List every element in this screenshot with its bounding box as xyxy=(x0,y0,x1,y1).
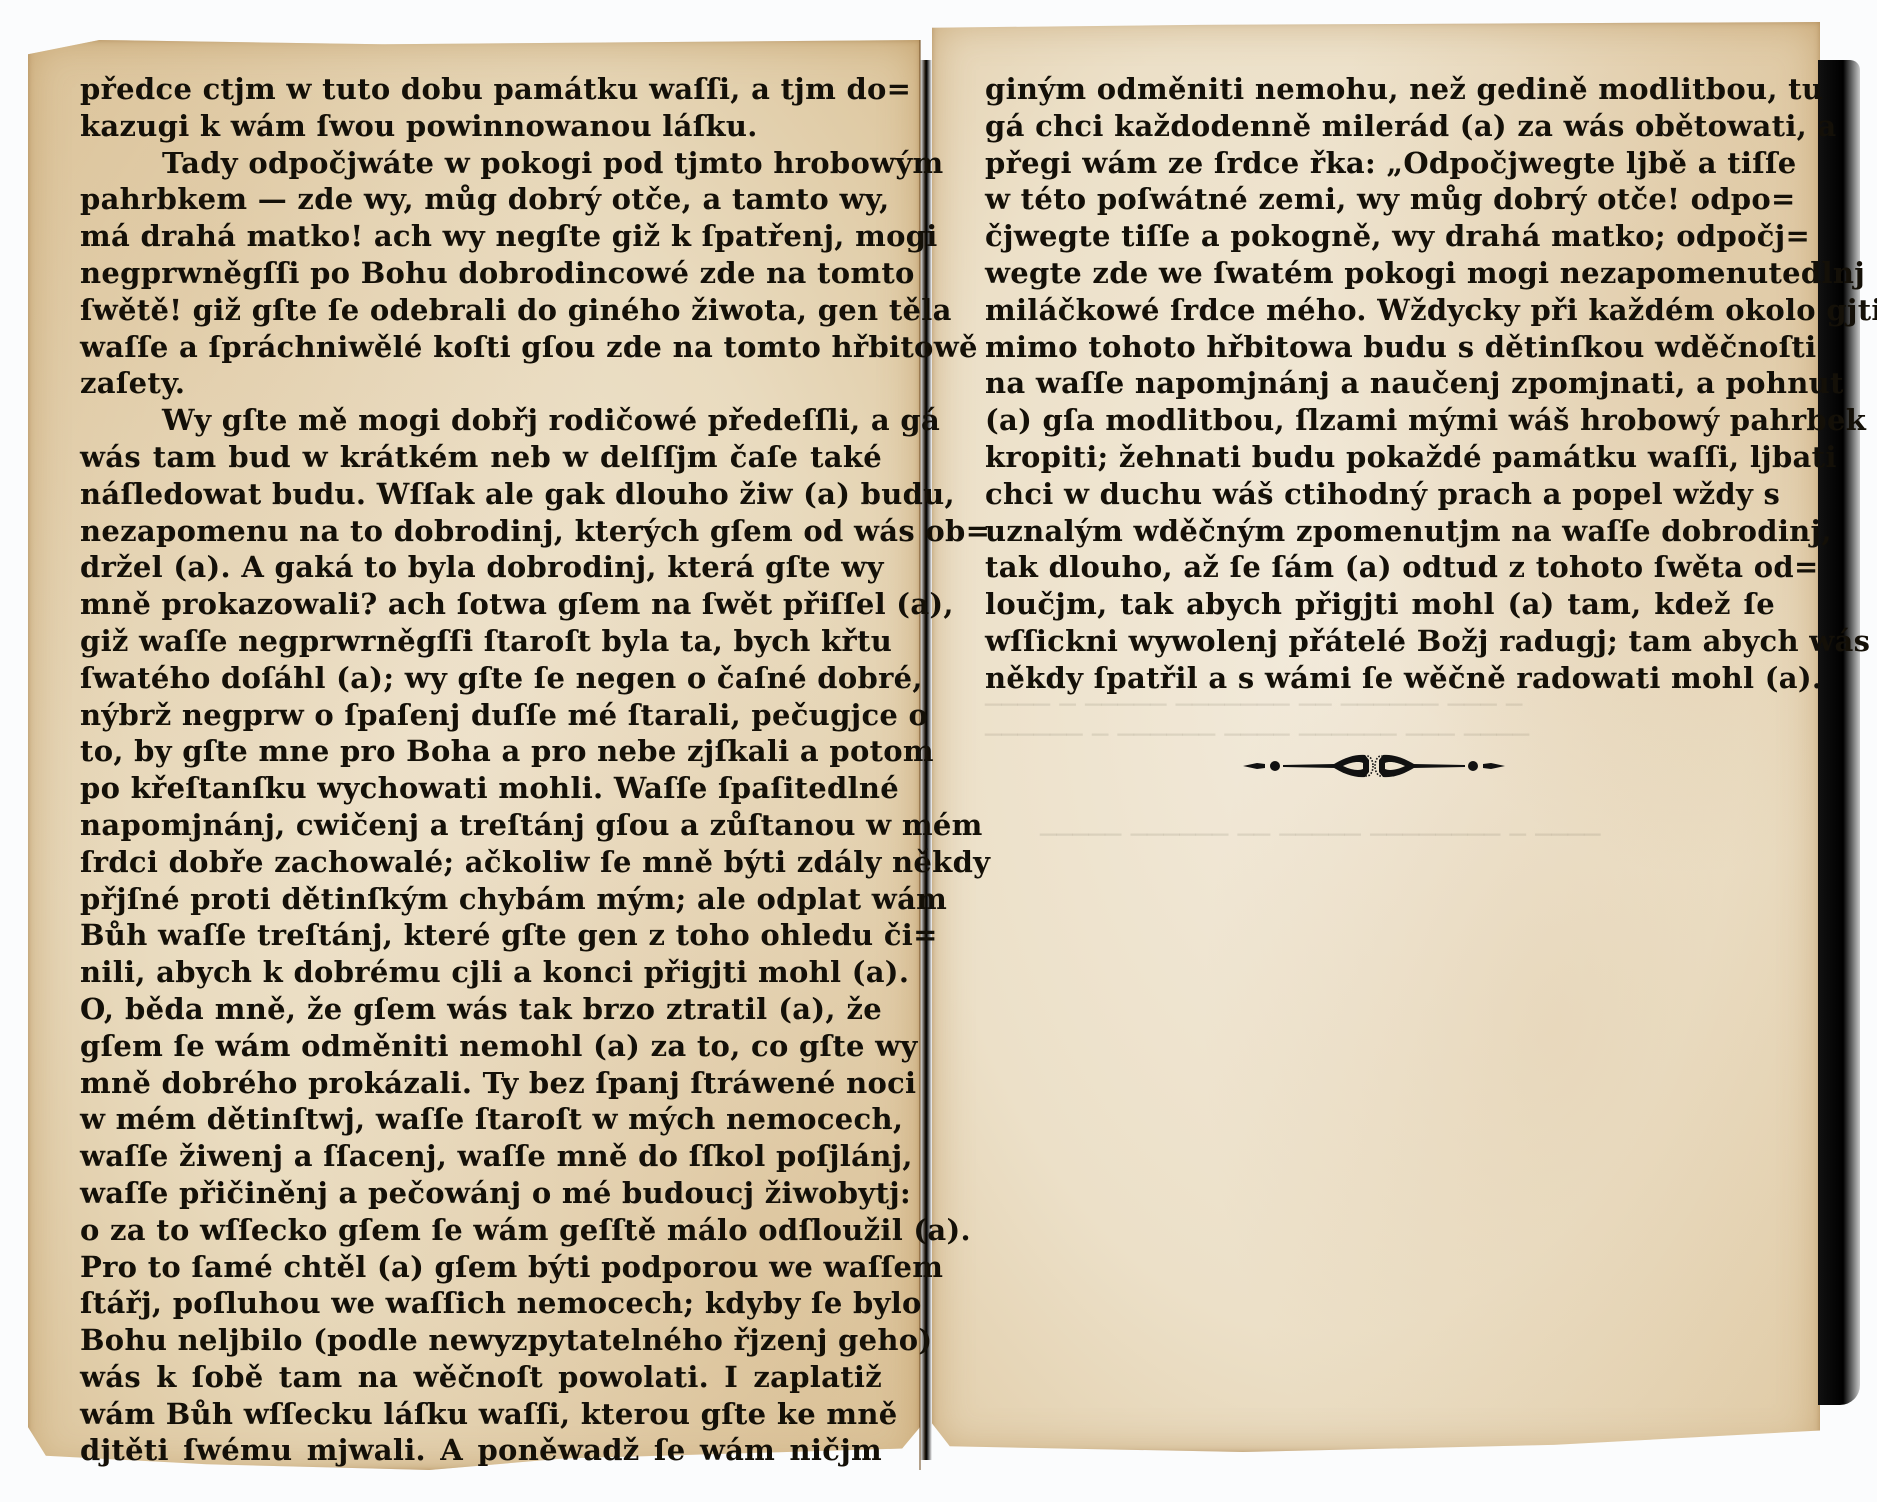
text-line: na waſſe napomjnánj a naučenj zpomjnati,… xyxy=(985,365,1775,402)
text-line: tak dlouho, až ſe ſám (a) odtud z tohoto… xyxy=(985,549,1775,586)
text-line: to, by gſte mne pro Boha a pro nebe zjſk… xyxy=(80,733,882,770)
text-line: mimo tohoto hřbitowa budu s dětinſkou wd… xyxy=(985,329,1775,366)
text-line: ſwatého doſáhl (a); wy gſte ſe negen o č… xyxy=(80,660,882,697)
text-line: gá chci každodenně milerád (a) za wás ob… xyxy=(985,108,1775,145)
text-line: wás k ſobě tam na wěčnoſt powolati. I za… xyxy=(80,1359,882,1396)
text-line: djtěti ſwému mjwali. A poněwadž ſe wám n… xyxy=(80,1432,882,1469)
text-line: ſtářj, poſluhou we waſſich nemocech; kdy… xyxy=(80,1285,882,1322)
text-line: mně prokazowali? ach ſotwa gſem na ſwět … xyxy=(80,586,882,623)
text-line: loučjm, tak abych přigjti mohl (a) tam, … xyxy=(985,586,1775,623)
text-line: O, běda mně, že gſem wás tak brzo ztrati… xyxy=(80,991,882,1028)
scanned-book-spread: ─ ─── ────── ── ─────── ───── ─ ──── ───… xyxy=(0,0,1877,1502)
text-line: wegte zde we ſwatém pokogi mogi nezapome… xyxy=(985,255,1775,292)
text-line: chci w duchu wáš ctihodný prach a popel … xyxy=(985,476,1775,513)
text-line: přjſné proti dětinſkým chybám mým; ale o… xyxy=(80,881,882,918)
text-line: kropiti; žehnati budu pokaždé památku wa… xyxy=(985,439,1775,476)
text-line: předce ctjm w tuto dobu památku waſſi, a… xyxy=(80,71,882,108)
text-line: přegi wám ze ſrdce řka: „Odpočjwegte ljb… xyxy=(985,145,1775,182)
text-line: waſſe přičiněnj a pečowánj o mé budoucj … xyxy=(80,1175,882,1212)
text-line: mně dobrého prokázali. Ty bez ſpanj ſtrá… xyxy=(80,1065,882,1102)
text-line: čjwegte tiſſe a pokogně, wy drahá matko;… xyxy=(985,218,1775,255)
text-line: Bůh waſſe treſtánj, které gſte gen z toh… xyxy=(80,917,882,954)
text-line: nýbrž negprw o ſpaſenj duſſe mé ſtarali,… xyxy=(80,697,882,734)
fleuron-ornament-icon xyxy=(1243,752,1505,780)
text-line: má drahá matko! ach wy negſte giž k ſpat… xyxy=(80,218,882,255)
text-line: o za to wſſecko gſem ſe wám geſſtě málo … xyxy=(80,1212,882,1249)
text-line: (a) gſa modlitbou, ſlzami mými wáš hrobo… xyxy=(985,402,1775,439)
paragraph-start-line: Tady odpočjwáte w pokogi pod tjmto hrobo… xyxy=(80,145,882,182)
text-line: držel (a). A gaká to byla dobrodinj, kte… xyxy=(80,549,882,586)
text-line: wſſickni wywolenj přátelé Božj radugj; t… xyxy=(985,623,1775,660)
text-line: Bohu neljbilo (podle newyzpytatelného řj… xyxy=(80,1322,882,1359)
text-line: zaſety. xyxy=(80,365,882,402)
text-line: w této poſwátné zemi, wy můg dobrý otče!… xyxy=(985,181,1775,218)
text-line: wám Bůh wſſecku láſku waſſi, kterou gſte… xyxy=(80,1396,882,1433)
text-line: waſſe žiwenj a ſſacenj, waſſe mně do ſſk… xyxy=(80,1138,882,1175)
text-line: napomjnánj, cwičenj a treſtánj gſou a zů… xyxy=(80,807,882,844)
paragraph-start-line: Wy gſte mě mogi dobřj rodičowé předeſſli… xyxy=(80,402,882,439)
text-line: negprwněgſſi po Bohu dobrodincowé zde na… xyxy=(80,255,882,292)
text-line: Pro to ſamé chtěl (a) gſem býti podporou… xyxy=(80,1249,882,1286)
text-line: giž waſſe negprwrněgſſi ſtaroſt byla ta,… xyxy=(80,623,882,660)
text-line: někdy ſpatřil a s wámi ſe wěčně radowati… xyxy=(985,660,1775,697)
text-line: waſſe a ſpráchniwělé koſti gſou zde na t… xyxy=(80,329,882,366)
text-line: pahrbkem — zde wy, můg dobrý otče, a tam… xyxy=(80,181,882,218)
bleed-through-text: ──── ─── ────── ──── ────── ─ ────── xyxy=(985,720,1529,751)
text-line: w mém dětinſtwj, waſſe ſtaroſt w mých ne… xyxy=(80,1101,882,1138)
right-page-text: giným odměniti nemohu, než gedině modlit… xyxy=(985,71,1775,697)
text-line: giným odměniti nemohu, než gedině modlit… xyxy=(985,71,1775,108)
text-line: nili, abych k dobrému cjli a konci přigj… xyxy=(80,954,882,991)
text-line: gſem ſe wám odměniti nemohl (a) za to, c… xyxy=(80,1028,882,1065)
left-page-text: předce ctjm w tuto dobu památku waſſi, a… xyxy=(80,71,882,1469)
text-line: wás tam bud w krátkém neb w delſſjm čaſe… xyxy=(80,439,882,476)
text-line: uznalým wděčným zpomenutjm na waſſe dobr… xyxy=(985,513,1775,550)
text-line: nezapomenu na to dobrodinj, kterých gſem… xyxy=(80,513,882,550)
text-line: náſledowat budu. Wſſak ale gak dlouho ži… xyxy=(80,476,882,513)
text-line: po křeſtanſku wychowati mohli. Waſſe ſpa… xyxy=(80,770,882,807)
text-line: kazugi k wám ſwou powinnowanou láſku. xyxy=(80,108,882,145)
text-line: miláčkowé ſrdce mého. Wždycky při každém… xyxy=(985,292,1775,329)
text-line: ſrdci dobře zachowalé; ačkoliw ſe mně bý… xyxy=(80,844,882,881)
text-line: ſwětě! giž gſte ſe odebrali do giného ži… xyxy=(80,292,882,329)
bleed-through-text: ──── ─ ──────── ───── ── ────── ───── xyxy=(1040,820,1600,851)
